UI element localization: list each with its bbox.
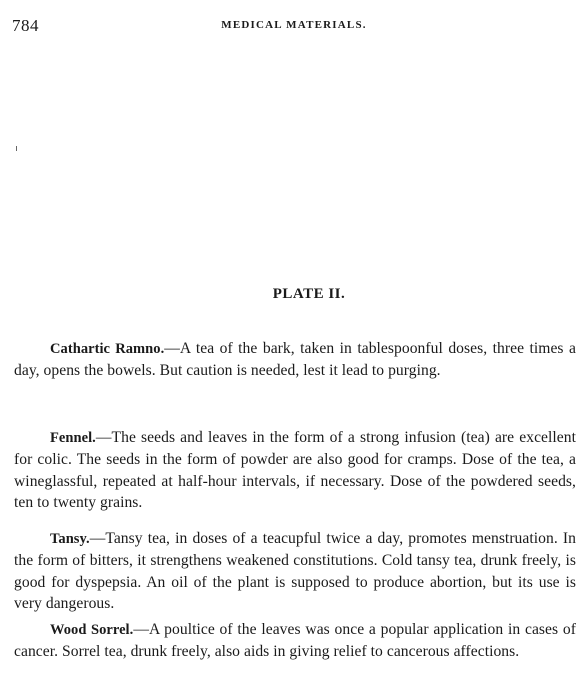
running-title: MEDICAL MATERIALS. [0, 19, 588, 31]
running-head: 784 MEDICAL MATERIALS. [0, 16, 588, 36]
plate-title: PLATE II. [0, 286, 588, 303]
entry-term: Fennel. [50, 430, 96, 446]
entry-term: Wood Sorrel. [50, 622, 133, 638]
entry-cathartic-ramno: Cathartic Ramno.—A tea of the bark, take… [14, 338, 576, 382]
entry-term: Cathartic Ramno. [50, 341, 164, 357]
entry-term: Tansy. [50, 531, 90, 547]
print-speck [16, 146, 17, 151]
entry-tansy: Tansy.—Tansy tea, in doses of a teacupfu… [14, 528, 576, 615]
entry-wood-sorrel: Wood Sorrel.—A poultice of the leaves wa… [14, 619, 576, 663]
entry-text: —The seeds and leaves in the form of a s… [14, 429, 576, 512]
entry-fennel: Fennel.—The seeds and leaves in the form… [14, 427, 576, 514]
entry-text: —Tansy tea, in doses of a teacupful twic… [14, 530, 576, 613]
